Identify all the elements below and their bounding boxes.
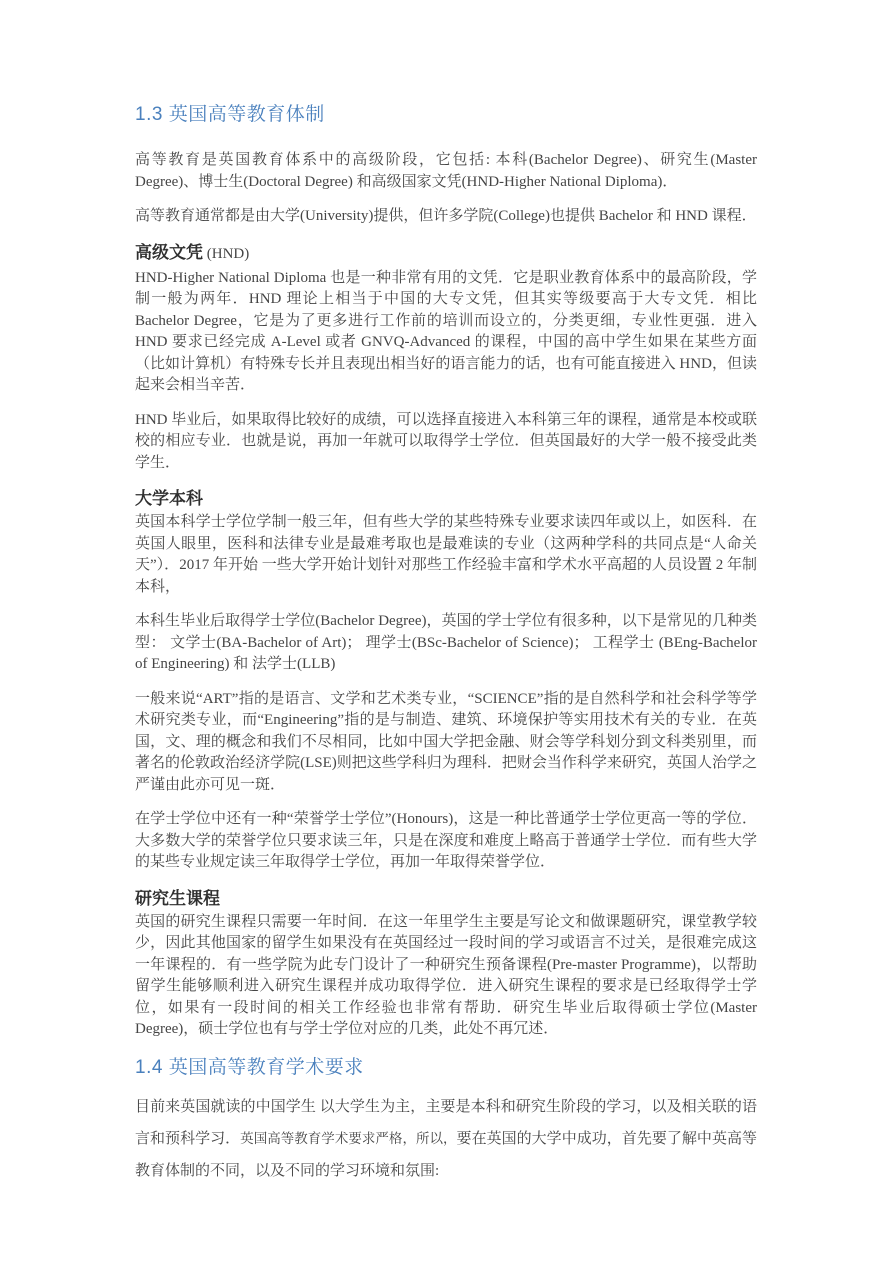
subsection-heading-hnd-suffix: (HND) bbox=[203, 246, 249, 262]
section-heading-1-3: 1.3 英国高等教育体制 bbox=[135, 102, 757, 128]
paragraph-bachelor-degree-types: 本科生毕业后取得学士学位(Bachelor Degree)，英国的学士学位有很多… bbox=[135, 611, 757, 676]
subsection-heading-hnd: 高级文凭 (HND) bbox=[135, 241, 757, 266]
paragraph-art-science-engineering: 一般来说“ART”指的是语言、文学和艺术类专业，“SCIENCE”指的是自然科学… bbox=[135, 689, 757, 797]
paragraph-higher-education-overview: 高等教育是英国教育体系中的高级阶段，它包括: 本科(Bachelor Degre… bbox=[135, 150, 757, 193]
paragraph-hnd-description: HND-Higher National Diploma 也是一种非常有用的文凭．… bbox=[135, 268, 757, 397]
paragraph-academic-requirements: 目前来英国就读的中国学生 以大学生为主，主要是本科和研究生阶段的学习，以及相关联… bbox=[135, 1091, 757, 1187]
paragraph-university-college: 高等教育通常都是由大学(University)提供，但许多学院(College)… bbox=[135, 206, 757, 228]
paragraph-undergraduate-duration: 英国本科学士学位学制一般三年，但有些大学的某些特殊专业要求读四年或以上，如医科．… bbox=[135, 512, 757, 598]
subsection-heading-hnd-label: 高级文凭 bbox=[135, 243, 203, 262]
paragraph-honours-degree: 在学士学位中还有一种“荣誉学士学位”(Honours)，这是一种比普通学士学位更… bbox=[135, 809, 757, 874]
subsection-heading-undergraduate: 大学本科 bbox=[135, 487, 757, 510]
paragraph-hnd-graduation: HND 毕业后，如果取得比较好的成绩，可以选择直接进入本科第三年的课程，通常是本… bbox=[135, 410, 757, 475]
academic-requirements-part2: 英国高等教育学术要求严格，所以， bbox=[240, 1131, 456, 1146]
section-heading-1-4: 1.4 英国高等教育学术要求 bbox=[135, 1055, 757, 1081]
document-page: 1.3 英国高等教育体制 高等教育是英国教育体系中的高级阶段，它包括: 本科(B… bbox=[135, 102, 757, 1187]
subsection-heading-postgraduate: 研究生课程 bbox=[135, 887, 757, 910]
paragraph-postgraduate-description: 英国的研究生课程只需要一年时间．在这一年里学生主要是写论文和做课题研究，课堂教学… bbox=[135, 912, 757, 1041]
